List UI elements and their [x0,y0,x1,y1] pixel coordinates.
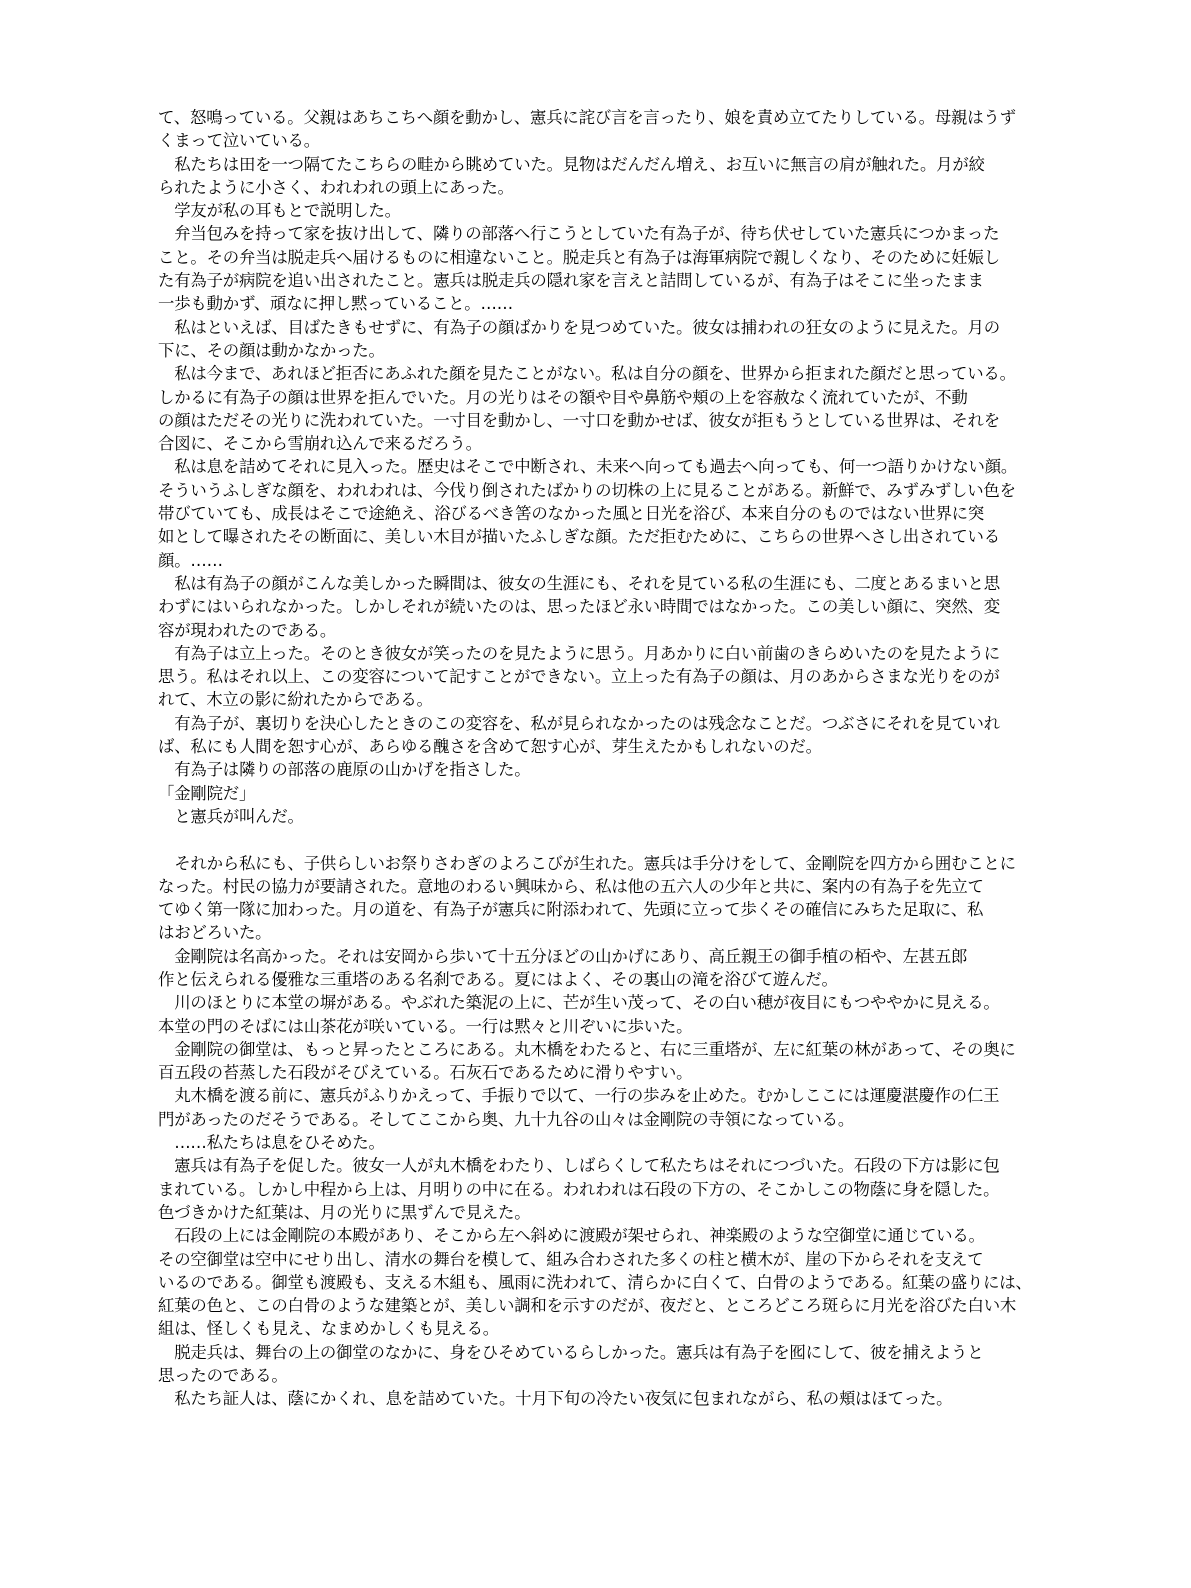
text-line: 組は、怪しくも見え、なまめかしくも見える。 [158,1317,1058,1340]
text-line: 本堂の門のそばには山茶花が咲いている。一行は黙々と川ぞいに歩いた。 [158,1015,1058,1038]
text-line: 憲兵は有為子を促した。彼女一人が丸木橋をわたり、しばらくして私たちはそれにつづい… [158,1154,1058,1177]
text-line: 丸木橋を渡る前に、憲兵がふりかえって、手振りで以て、一行の歩みを止めた。むかしこ… [158,1084,1058,1107]
text-line: と憲兵が叫んだ。 [158,805,1058,828]
text-line: 一歩も動かず、頑なに押し黙っていること。…… [158,292,1058,315]
text-line: 有為子は立上った。そのとき彼女が笑ったのを見たように思う。月あかりに白い前歯のき… [158,642,1058,665]
text-line: まれている。しかし中程から上は、月明りの中に在る。われわれは石段の下方の、そこか… [158,1178,1058,1201]
text-line: 色づきかけた紅葉は、月の光りに黒ずんで見えた。 [158,1201,1058,1224]
text-line: 合図に、そこから雪崩れ込んで来るだろう。 [158,432,1058,455]
text-line: 紅葉の色と、この白骨のような建築とが、美しい調和を示すのだが、夜だと、ところどこ… [158,1294,1058,1317]
text-line: 石段の上には金剛院の本殿があり、そこから左へ斜めに渡殿が架せられ、神楽殿のような… [158,1224,1058,1247]
text-line: 川のほとりに本堂の塀がある。やぶれた築泥の上に、芒が生い茂って、その白い穂が夜目… [158,991,1058,1014]
text-line: 金剛院の御堂は、もっと昇ったところにある。丸木橋をわたると、右に三重塔が、左に紅… [158,1038,1058,1061]
text-line: てゆく第一隊に加わった。月の道を、有為子が憲兵に附添われて、先頭に立って歩くその… [158,898,1058,921]
text-line: はおどろいた。 [158,921,1058,944]
text-line: 顔。…… [158,549,1058,572]
text-line: 下に、その顔は動かなかった。 [158,339,1058,362]
section-break [158,828,1058,851]
text-line: 脱走兵は、舞台の上の御堂のなかに、身をひそめているらしかった。憲兵は有為子を囮に… [158,1341,1058,1364]
text-line: 私たち証人は、蔭にかくれ、息を詰めていた。十月下旬の冷たい夜気に包まれながら、私… [158,1387,1058,1410]
text-line: わずにはいられなかった。しかしそれが続いたのは、思ったほど永い時間ではなかった。… [158,595,1058,618]
text-line: られたように小さく、われわれの頭上にあった。 [158,176,1058,199]
text-line: 私は息を詰めてそれに見入った。歴史はそこで中断され、未来へ向っても過去へ向っても… [158,455,1058,478]
dialogue-line: 「金剛院だ」 [158,782,1058,805]
text-line: そういうふしぎな顔を、われわれは、今伐り倒されたばかりの切株の上に見ることがある… [158,479,1058,502]
text-line: た有為子が病院を追い出されたこと。憲兵は脱走兵の隠れ家を言えと詰問しているが、有… [158,269,1058,292]
text-line: なった。村民の協力が要請された。意地のわるい興味から、私は他の五六人の少年と共に… [158,875,1058,898]
text-line: こと。その弁当は脱走兵へ届けるものに相違ないこと。脱走兵と有為子は海軍病院で親し… [158,246,1058,269]
text-line: くまって泣いている。 [158,129,1058,152]
text-line: しかるに有為子の顔は世界を拒んでいた。月の光りはその額や目や鼻筋や頬の上を容赦な… [158,386,1058,409]
text-line: れて、木立の影に紛れたからである。 [158,688,1058,711]
text-line: 私は有為子の顔がこんな美しかった瞬間は、彼女の生涯にも、それを見ている私の生涯に… [158,572,1058,595]
text-line: ば、私にも人間を恕す心が、あらゆる醜さを含めて恕す心が、芽生えたかもしれないのだ… [158,735,1058,758]
text-line: ……私たちは息をひそめた。 [158,1131,1058,1154]
text-line: 思う。私はそれ以上、この変容について記すことができない。立上った有為子の顔は、月… [158,665,1058,688]
text-line: 容が現われたのである。 [158,619,1058,642]
text-line: の顔はただその光りに洗われていた。一寸目を動かし、一寸口を動かせば、彼女が拒もう… [158,409,1058,432]
text-line: 百五段の苔蒸した石段がそびえている。石灰石であるために滑りやすい。 [158,1061,1058,1084]
text-line: 有為子が、裏切りを決心したときのこの変容を、私が見られなかったのは残念なことだ。… [158,712,1058,735]
text-line: 学友が私の耳もとで説明した。 [158,199,1058,222]
text-line: 帯びていても、成長はそこで途絶え、浴びるべき筈のなかった風と日光を浴び、本来自分… [158,502,1058,525]
text-line: 私たちは田を一つ隔てたこちらの畦から眺めていた。見物はだんだん増え、お互いに無言… [158,153,1058,176]
text-line: 私は今まで、あれほど拒否にあふれた顔を見たことがない。私は自分の顔を、世界から拒… [158,362,1058,385]
text-line: 有為子は隣りの部落の鹿原の山かげを指さした。 [158,758,1058,781]
text-line: 如として曝されたその断面に、美しい木目が描いたふしぎな顔。ただ拒むために、こちら… [158,525,1058,548]
text-line: 作と伝えられる優雅な三重塔のある名刹である。夏にはよく、その裏山の滝を浴びて遊ん… [158,968,1058,991]
text-line: 弁当包みを持って家を抜け出して、隣りの部落へ行こうとしていた有為子が、待ち伏せし… [158,222,1058,245]
text-line: 私はといえば、目ばたきもせずに、有為子の顔ばかりを見つめていた。彼女は捕われの狂… [158,316,1058,339]
text-line: いるのである。御堂も渡殿も、支える木組も、風雨に洗われて、清らかに白くて、白骨の… [158,1271,1058,1294]
text-line: その空御堂は空中にせり出し、清水の舞台を模して、組み合わされた多くの柱と横木が、… [158,1248,1058,1271]
text-line [158,1411,1058,1434]
document-page: て、怒鳴っている。父親はあちこちへ顔を動かし、憲兵に詫び言を言ったり、娘を責め立… [158,106,1058,1434]
text-line: て、怒鳴っている。父親はあちこちへ顔を動かし、憲兵に詫び言を言ったり、娘を責め立… [158,106,1058,129]
text-line: 金剛院は名高かった。それは安岡から歩いて十五分ほどの山かげにあり、高丘親王の御手… [158,945,1058,968]
text-line: 思ったのである。 [158,1364,1058,1387]
text-line: 門があったのだそうである。そしてここから奥、九十九谷の山々は金剛院の寺領になって… [158,1108,1058,1131]
text-line: それから私にも、子供らしいお祭りさわぎのよろこびが生れた。憲兵は手分けをして、金… [158,852,1058,875]
